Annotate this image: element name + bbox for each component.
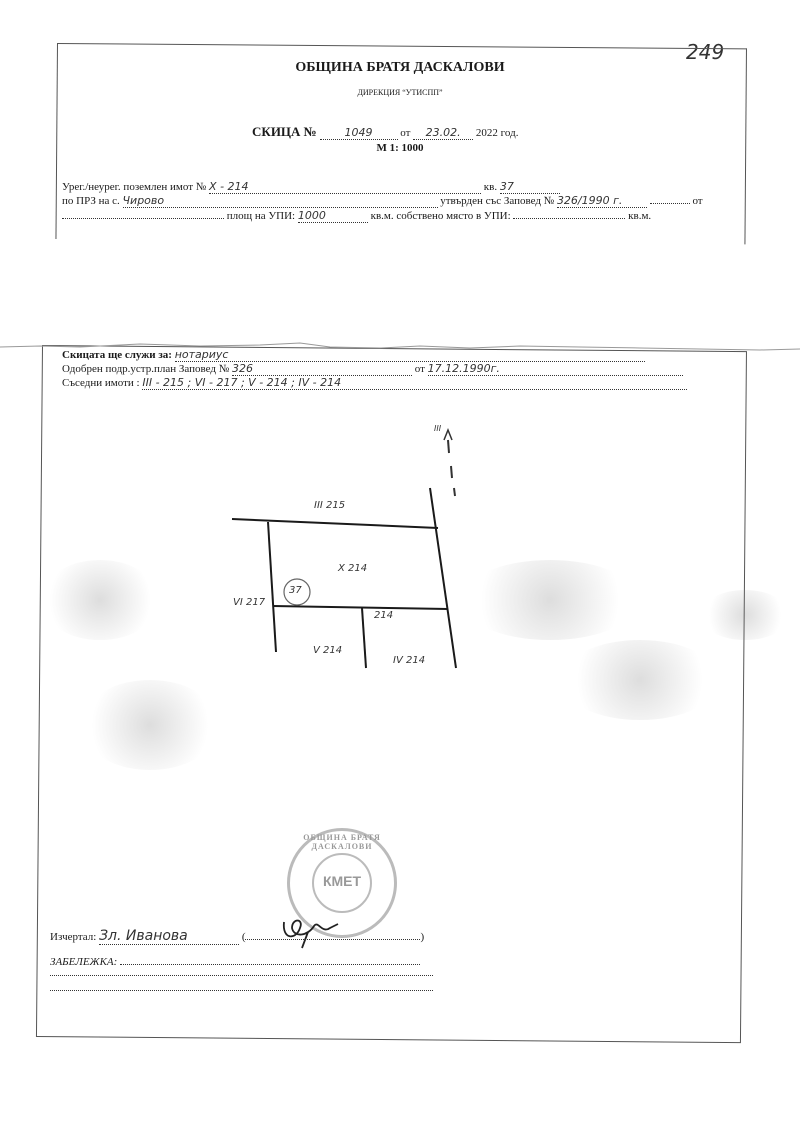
stamp-ring-text: ОБЩИНА БРАТЯ ДАСКАЛОВИ (290, 833, 394, 851)
north-label: III (434, 424, 441, 433)
note-field-line-2 (50, 975, 433, 976)
note-field-line-3 (50, 990, 433, 991)
street-number-label: 214 (374, 610, 393, 621)
scan-noise (40, 560, 160, 640)
bottom-right-label: IV 214 (393, 655, 425, 666)
scan-noise (560, 640, 720, 720)
top-neighbor-label: III 215 (314, 500, 345, 511)
main-plot-label: X 214 (338, 563, 367, 574)
drawn-by-label: Изчертал: (50, 931, 96, 943)
scan-noise (700, 590, 790, 640)
drawn-by-name: Зл. Иванова (99, 928, 239, 945)
block-circle-label: 37 (289, 585, 302, 596)
scan-noise (460, 560, 640, 640)
note-label: ЗАБЕЛЕЖКА: (50, 956, 117, 968)
drawn-by-line: Изчертал: Зл. Иванова () (50, 928, 424, 945)
stamp-center-text: КМЕТ (290, 873, 394, 889)
note-field (120, 964, 420, 965)
left-neighbor-label: VI 217 (233, 597, 265, 608)
scan-noise (80, 680, 220, 770)
signature (278, 912, 368, 952)
bottom-left-label: V 214 (313, 645, 342, 656)
note-line: ЗАБЕЛЕЖКА: (50, 956, 420, 968)
